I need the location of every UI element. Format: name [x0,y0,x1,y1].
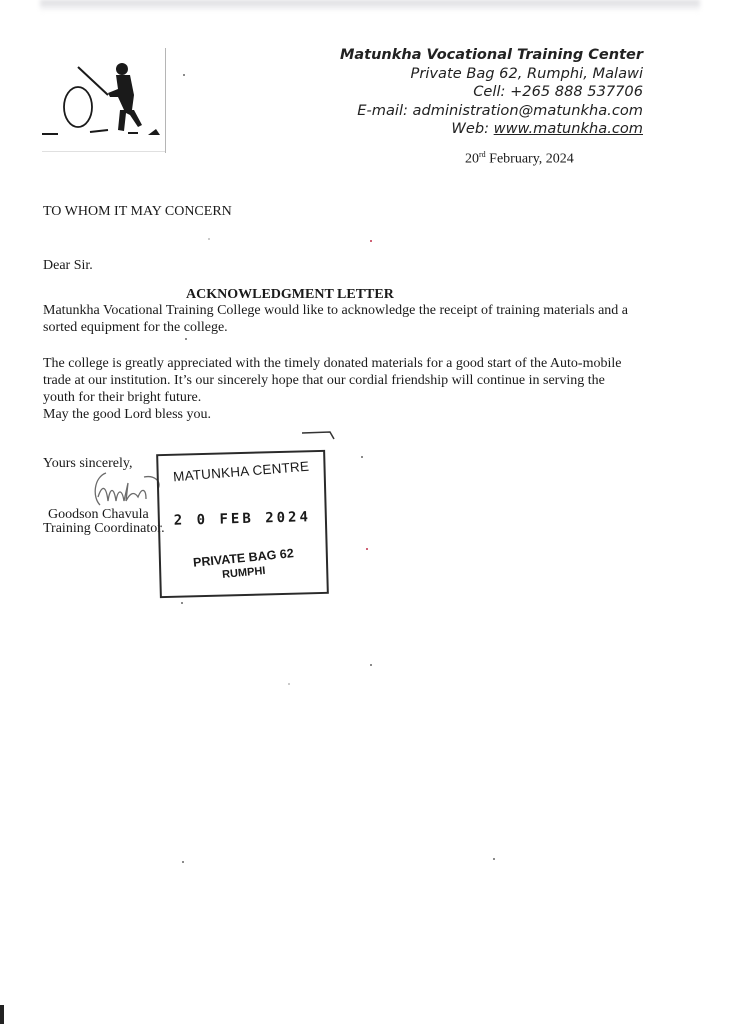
date-suffix: rd [479,150,486,159]
date-rest: February, 2024 [486,152,574,167]
paragraph-2: The college is greatly appreciated with … [43,355,653,423]
scan-speck [183,74,185,76]
letter-date: 20rd February, 2024 [465,150,574,168]
paragraph-2-line: youth for their bright future. [43,389,653,406]
web-label: Web: [451,120,493,137]
web-line: Web: www.matunkha.com [340,120,643,139]
paragraph-2-line: trade at our institution. It’s our since… [43,372,653,389]
scan-edge-shadow [40,0,700,12]
official-stamp: MATUNKHA CENTRE 2 0 FEB 2024 PRIVATE BAG… [156,450,329,598]
stamp-date: 2 0 FEB 2024 [160,509,325,529]
salutation: Dear Sir. [43,257,93,274]
email-address: E-mail: administration@matunkha.com [340,102,643,121]
boy-rolling-hoop-logo-icon [38,55,168,140]
letterhead: Matunkha Vocational Training Center Priv… [340,46,643,139]
scan-speck [182,861,184,863]
paragraph-2-line: May the good Lord bless you. [43,406,653,423]
scan-speck [185,338,187,340]
scan-speck [370,664,372,666]
scan-speck [288,683,290,685]
address: Private Bag 62, Rumphi, Malawi [340,65,643,84]
logo-underline [42,151,165,152]
subject-heading: ACKNOWLEDGMENT LETTER [186,286,394,303]
paragraph-1: Matunkha Vocational Training College wou… [43,302,653,336]
scan-speck [181,602,183,604]
scan-speck [366,548,368,550]
scan-speck [361,456,363,458]
logo-divider [165,48,166,153]
scan-edge-mark [0,1005,4,1024]
website-link[interactable]: www.matunkha.com [494,120,643,137]
organization-name: Matunkha Vocational Training Center [340,46,643,65]
paragraph-2-line: The college is greatly appreciated with … [43,355,653,372]
signer-role: Training Coordinator. [43,520,165,537]
scan-speck [208,238,210,240]
stamp-corner-mark [300,429,340,441]
date-day: 20 [465,152,479,167]
recipient-line: TO WHOM IT MAY CONCERN [43,203,232,220]
cell-number: Cell: +265 888 537706 [340,83,643,102]
scan-speck [370,240,372,242]
stamp-org: MATUNKHA CENTRE [158,458,324,486]
scan-speck [493,858,495,860]
